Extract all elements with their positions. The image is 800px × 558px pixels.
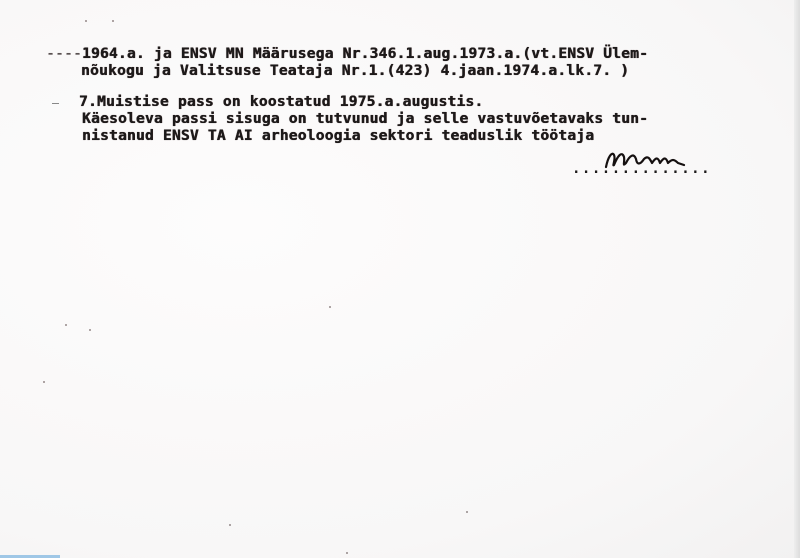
text-line-4: Käesoleva passi sisuga on tutvunud ja se… [82, 112, 648, 127]
speck [65, 324, 67, 326]
text-line-1: ----1964.a. ja ENSV MN Määrusega Nr.346.… [46, 47, 648, 62]
leader-dashes: ---- [46, 45, 82, 62]
speck [229, 524, 231, 526]
text-line-3: 7.Muistise pass on koostatud 1975.a.augu… [79, 95, 483, 110]
text-line-1-content: 1964.a. ja ENSV MN Määrusega Nr.346.1.au… [82, 45, 648, 62]
speck [43, 381, 45, 383]
speck [466, 511, 468, 513]
text-line-5: nistanud ENSV TA AI arheoloogia sektori … [82, 129, 594, 144]
scanned-document-page: ----1964.a. ja ENSV MN Määrusega Nr.346.… [0, 0, 800, 558]
text-line-2: nõukogu ja Valitsuse Teataja Nr.1.(423) … [81, 64, 629, 79]
speck [346, 552, 348, 554]
margin-mark [52, 103, 59, 104]
speck [112, 20, 114, 22]
speck [329, 306, 331, 308]
speck [89, 329, 91, 331]
handwritten-signature-icon [600, 145, 710, 175]
speck [85, 20, 87, 22]
page-edge [794, 0, 800, 558]
